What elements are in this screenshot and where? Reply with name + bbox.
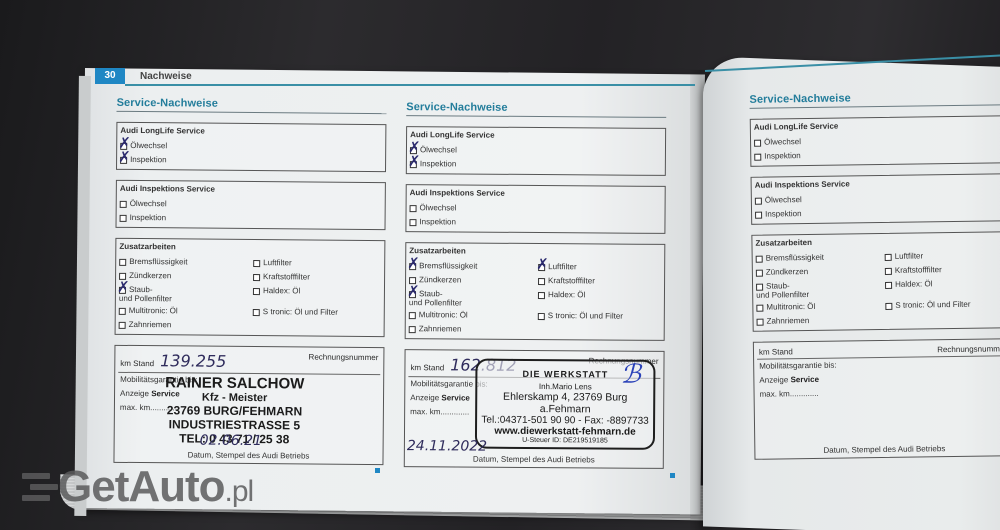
checkbox-icon[interactable] [756,283,763,290]
zusatzarbeiten-box: ZusatzarbeitenBremsflüssigkeitLuftfilter… [115,238,386,337]
date-handwritten: 02.06.21 [200,433,262,450]
checkbox-icon[interactable] [885,267,892,274]
checkbox-icon[interactable] [755,197,762,204]
checkbox-icon[interactable] [756,304,763,311]
km-stand: km Stand139.255 [120,351,226,371]
checkbox-row: Haldex: Öl [253,284,381,299]
checkbox-icon[interactable] [538,278,545,285]
checkbox-item: Staub-und Pollenfilter [756,278,879,301]
checkbox-row: Inspektion [120,211,382,227]
checkbox-item: Haldex: Öl [253,284,381,306]
checkbox-label: Zündkerzen [766,265,808,280]
checkbox-icon[interactable] [756,269,763,276]
checkbox-item: Staub-und Pollenfilter [119,283,247,305]
checkbox-label: Inspektion [130,153,167,167]
checkbox-label: S tronic: Öl und Filter [895,298,970,313]
service-column-2: Service-NachweiseAudi LongLife ServiceÖl… [404,101,667,479]
checkbox-label: Bremsflüssigkeit [419,259,477,273]
checkbox-item: Multitronic: Öl [119,304,247,319]
checkbox-label: Zahnriemen [766,314,809,329]
checkbox-item: Staub-und Pollenfilter [409,287,532,309]
checkbox-label: Ölwechsel [765,193,802,208]
date-handwritten: 24.11.2022 [407,438,487,455]
checkbox-item: Haldex: Öl [538,288,661,310]
checkbox-label: Ölwechsel [130,197,167,211]
checkbox-item: Inspektion [120,211,382,227]
km-row: km Stand139.255Rechnungsnummer [118,349,380,375]
display-label: Anzeige [120,389,149,398]
checkbox-item: Bremsflüssigkeit [119,255,247,270]
checkbox-item: Inspektion [755,204,1000,222]
checkbox-label: Ölwechsel [764,135,801,150]
checkbox-row: Bremsflüssigkeit [119,255,247,270]
display-bold: Service [790,375,819,384]
checkbox-icon[interactable] [253,260,260,267]
checkbox-item: Luftfilter [538,260,661,275]
box-title: Audi LongLife Service [754,119,1000,132]
checkbox-icon[interactable] [120,214,127,221]
checkbox-icon[interactable] [119,307,126,314]
longlife-box: Audi LongLife ServiceÖlwechselInspektion [406,126,666,176]
zusatzarbeiten-box: ZusatzarbeitenBremsflüssigkeitLuftfilter… [405,242,666,341]
checkbox-item: Bremsflüssigkeit [409,259,532,274]
checkbox-label: Bremsflüssigkeit [129,255,187,270]
service-record-box: km Stand139.255RechnungsnummerMobilitäts… [113,345,384,465]
checkbox-label: Haldex: Öl [263,284,300,298]
checkbox-label: Inspektion [130,211,167,225]
checked-box-icon[interactable] [119,286,126,293]
checkbox-row: Zahnriemen [409,322,532,337]
checkbox-item: Kraftstofffilter [253,270,381,285]
inspektion-box: Audi Inspektions ServiceÖlwechselInspekt… [751,173,1000,225]
checkbox-label: Ölwechsel [420,201,457,215]
checkbox-row: Inspektion [410,157,662,173]
checked-box-icon[interactable] [410,161,417,168]
checkbox-item: Inspektion [409,215,661,231]
checkbox-row: Inspektion [755,204,1000,222]
checkbox-label: Inspektion [764,149,801,164]
checkbox-item: Haldex: Öl [885,276,1000,299]
display-label: Anzeige [759,375,788,384]
stamp-website: www.diewerkstatt-fehmarn.de [477,426,653,438]
invoice-number-label: Rechnungsnummer [937,344,1000,354]
checkbox-label: Luftfilter [548,260,577,274]
checkbox-label: Luftfilter [895,249,924,263]
km-label: km Stand [759,347,793,356]
box-title: Zusatzarbeiten [119,242,381,253]
checkbox-icon[interactable] [409,312,416,319]
checkbox-row: Zündkerzen [119,269,247,284]
zusatz-grid: BremsflüssigkeitLuftfilterZündkerzenKraf… [409,259,662,338]
checkbox-row: Multitronic: Öl [409,308,532,323]
checkbox-icon[interactable] [538,292,545,299]
checkbox-label: Multitronic: Öl [419,308,468,322]
stamp-street: INDUSTRIESTRASSE 5 [165,417,304,432]
checkbox-item: Zahnriemen [119,318,247,333]
date-stamp-footer: Datum, Stempel des Audi Betriebs [405,454,663,465]
checkbox-row: Luftfilter [253,256,381,271]
invoice-number-label: Rechnungsnummer [308,353,378,373]
checkbox-icon[interactable] [754,139,761,146]
page-marker [375,468,380,473]
box-title: Zusatzarbeiten [755,235,1000,248]
checkbox-icon[interactable] [253,288,260,295]
column-title: Service-Nachweise [117,97,387,114]
checkbox-row: Inspektion [754,146,1000,164]
checkbox-label: Zahnriemen [129,318,172,332]
zusatz-grid: BremsflüssigkeitLuftfilterZündkerzenKraf… [119,255,382,334]
checkbox-row: Multitronic: Öl [119,304,247,319]
checked-box-icon[interactable] [409,291,416,298]
checkbox-row: Inspektion [120,153,382,169]
stamp-name: RAINER SALCHOW [165,374,304,392]
checkbox-row: Haldex: Öl [885,276,1000,292]
box-title: Audi Inspektions Service [120,184,382,195]
header-rule [125,84,695,86]
checkbox-row: Zahnriemen [119,318,247,333]
getauto-logo-icon [22,471,52,503]
checkbox-icon[interactable] [119,321,126,328]
column-title: Service-Nachweise [749,90,1000,109]
checkbox-icon[interactable] [409,326,416,333]
display-bold: Service [441,393,470,402]
inspektion-box: Audi Inspektions ServiceÖlwechselInspekt… [116,180,386,230]
checkbox-icon[interactable] [755,211,762,218]
checkbox-row: Zündkerzen [409,273,532,288]
watermark: GetAuto.pl [22,462,253,512]
service-record-box: km Stand162.812RechnungsnummerMobilitäts… [404,349,665,469]
checkbox-icon[interactable] [538,313,545,320]
checkbox-row: Inspektion [409,215,661,231]
checkbox-icon[interactable] [409,219,416,226]
longlife-box: Audi LongLife ServiceÖlwechselInspektion [750,115,1000,167]
checkbox-row: S tronic: Öl und Filter [538,309,661,324]
box-title: Audi LongLife Service [410,130,662,141]
km-label: km Stand [410,363,444,372]
checkbox-label: Luftfilter [263,256,292,270]
checkbox-icon[interactable] [410,205,417,212]
checkbox-label: S tronic: Öl und Filter [548,309,623,324]
km-label: km Stand [120,359,154,368]
checkbox-row: Kraftstofffilter [253,270,381,285]
column-title: Service-Nachweise [406,101,666,118]
checkbox-label: Haldex: Öl [548,288,585,302]
checkbox-label: Bremsflüssigkeit [766,251,824,266]
checkbox-item: S tronic: Öl und Filter [538,309,661,324]
checkbox-item: S tronic: Öl und Filter [253,305,381,320]
page-marker [670,473,675,478]
checkbox-row: Kraftstofffilter [538,274,661,289]
checkbox-item: Inspektion [754,146,1000,164]
checkbox-item: S tronic: Öl und Filter [885,297,1000,313]
checkbox-label: Inspektion [420,157,457,171]
checkbox-item: Inspektion [410,157,662,173]
stamp-tax-id: U-Steuer ID: DE219519185 [477,437,653,445]
photo-scene: 30 Nachweise Service-NachweiseAudi LongL… [0,0,1000,530]
stamp-address: Ehlerskamp 4, 23769 Burg a.Fehmarn [477,391,653,416]
checkbox-label: Kraftstofffilter [263,270,310,284]
checkbox-item: Kraftstofffilter [538,274,661,289]
checked-box-icon[interactable] [409,263,416,270]
date-stamp-footer: Datum, Stempel des Audi Betriebs [114,450,382,461]
checkbox-label: Zündkerzen [419,273,461,287]
checkbox-row: S tronic: Öl und Filter [253,305,381,320]
checked-box-icon[interactable] [120,156,127,163]
checkbox-label: Inspektion [765,207,802,222]
checkbox-icon[interactable] [119,258,126,265]
section-header: Nachweise [140,71,192,82]
checkbox-item: Zündkerzen [119,269,247,284]
checkbox-item: Zahnriemen [409,322,532,337]
km-value-handwritten: 139.255 [160,351,226,371]
checkbox-icon[interactable] [757,318,764,325]
checkbox-label: S tronic: Öl und Filter [263,305,338,320]
km-stand: km Stand [759,347,799,357]
longlife-box: Audi LongLife ServiceÖlwechselInspektion [116,122,386,172]
checkbox-icon[interactable] [754,153,761,160]
service-column-1: Service-NachweiseAudi LongLife ServiceÖl… [113,97,386,475]
checkbox-row: Haldex: Öl [538,288,661,303]
checkbox-label: Kraftstofffilter [548,274,595,288]
checkbox-icon[interactable] [885,281,892,288]
checkbox-icon[interactable] [120,200,127,207]
checkbox-icon[interactable] [253,309,260,316]
box-title: Audi Inspektions Service [755,177,1000,190]
checkbox-icon[interactable] [756,255,763,262]
checkbox-row: Bremsflüssigkeit [409,259,532,274]
signature: ℬ [620,360,641,390]
checkbox-row: Zahnriemen [756,313,879,329]
checkbox-label: Inspektion [419,215,456,229]
checked-box-icon[interactable] [538,264,545,271]
checkbox-row: Luftfilter [538,260,661,275]
inspektion-box: Audi Inspektions ServiceÖlwechselInspekt… [405,184,665,234]
checkbox-item: Zündkerzen [409,273,532,288]
checkbox-label: Haldex: Öl [895,277,933,292]
page-number-badge: 30 [95,68,125,84]
checkbox-row: S tronic: Öl und Filter [885,297,1000,313]
checkbox-icon[interactable] [885,253,892,260]
checkbox-label: Ölwechsel [420,143,457,157]
zusatzarbeiten-box: ZusatzarbeitenBremsflüssigkeitLuftfilter… [751,231,1000,332]
box-title: Audi Inspektions Service [410,188,662,199]
checkbox-label: Multitronic: Öl [129,304,178,318]
max-km-label: max. km............. [757,384,1000,402]
checkbox-label: Ölwechsel [130,139,167,153]
checkbox-label: Zündkerzen [129,269,171,283]
zusatz-grid: BremsflüssigkeitLuftfilterZündkerzenKraf… [756,248,1000,329]
checkbox-label: Zahnriemen [419,322,462,336]
checkbox-item: Multitronic: Öl [409,308,532,323]
box-title: Audi LongLife Service [120,126,382,137]
checkbox-item: Inspektion [120,153,382,169]
checkbox-label: Kraftstofffilter [895,263,942,278]
service-record-box: km StandRechnungsnummerMobilitätsgaranti… [753,338,1000,460]
stamp-city: 23769 BURG/FEHMARN [165,403,304,418]
checkbox-item: Zahnriemen [756,313,879,329]
checkbox-item: Luftfilter [253,256,381,271]
watermark-text: GetAuto.pl [58,462,253,512]
date-stamp-footer: Datum, Stempel des Audi Betriebs [755,443,1000,456]
display-label: Anzeige [410,393,439,402]
service-column-3: Service-NachweiseAudi LongLife ServiceÖl… [749,90,1000,470]
checkbox-label: Multitronic: Öl [766,300,815,315]
checkbox-icon[interactable] [253,274,260,281]
checkbox-icon[interactable] [885,302,892,309]
